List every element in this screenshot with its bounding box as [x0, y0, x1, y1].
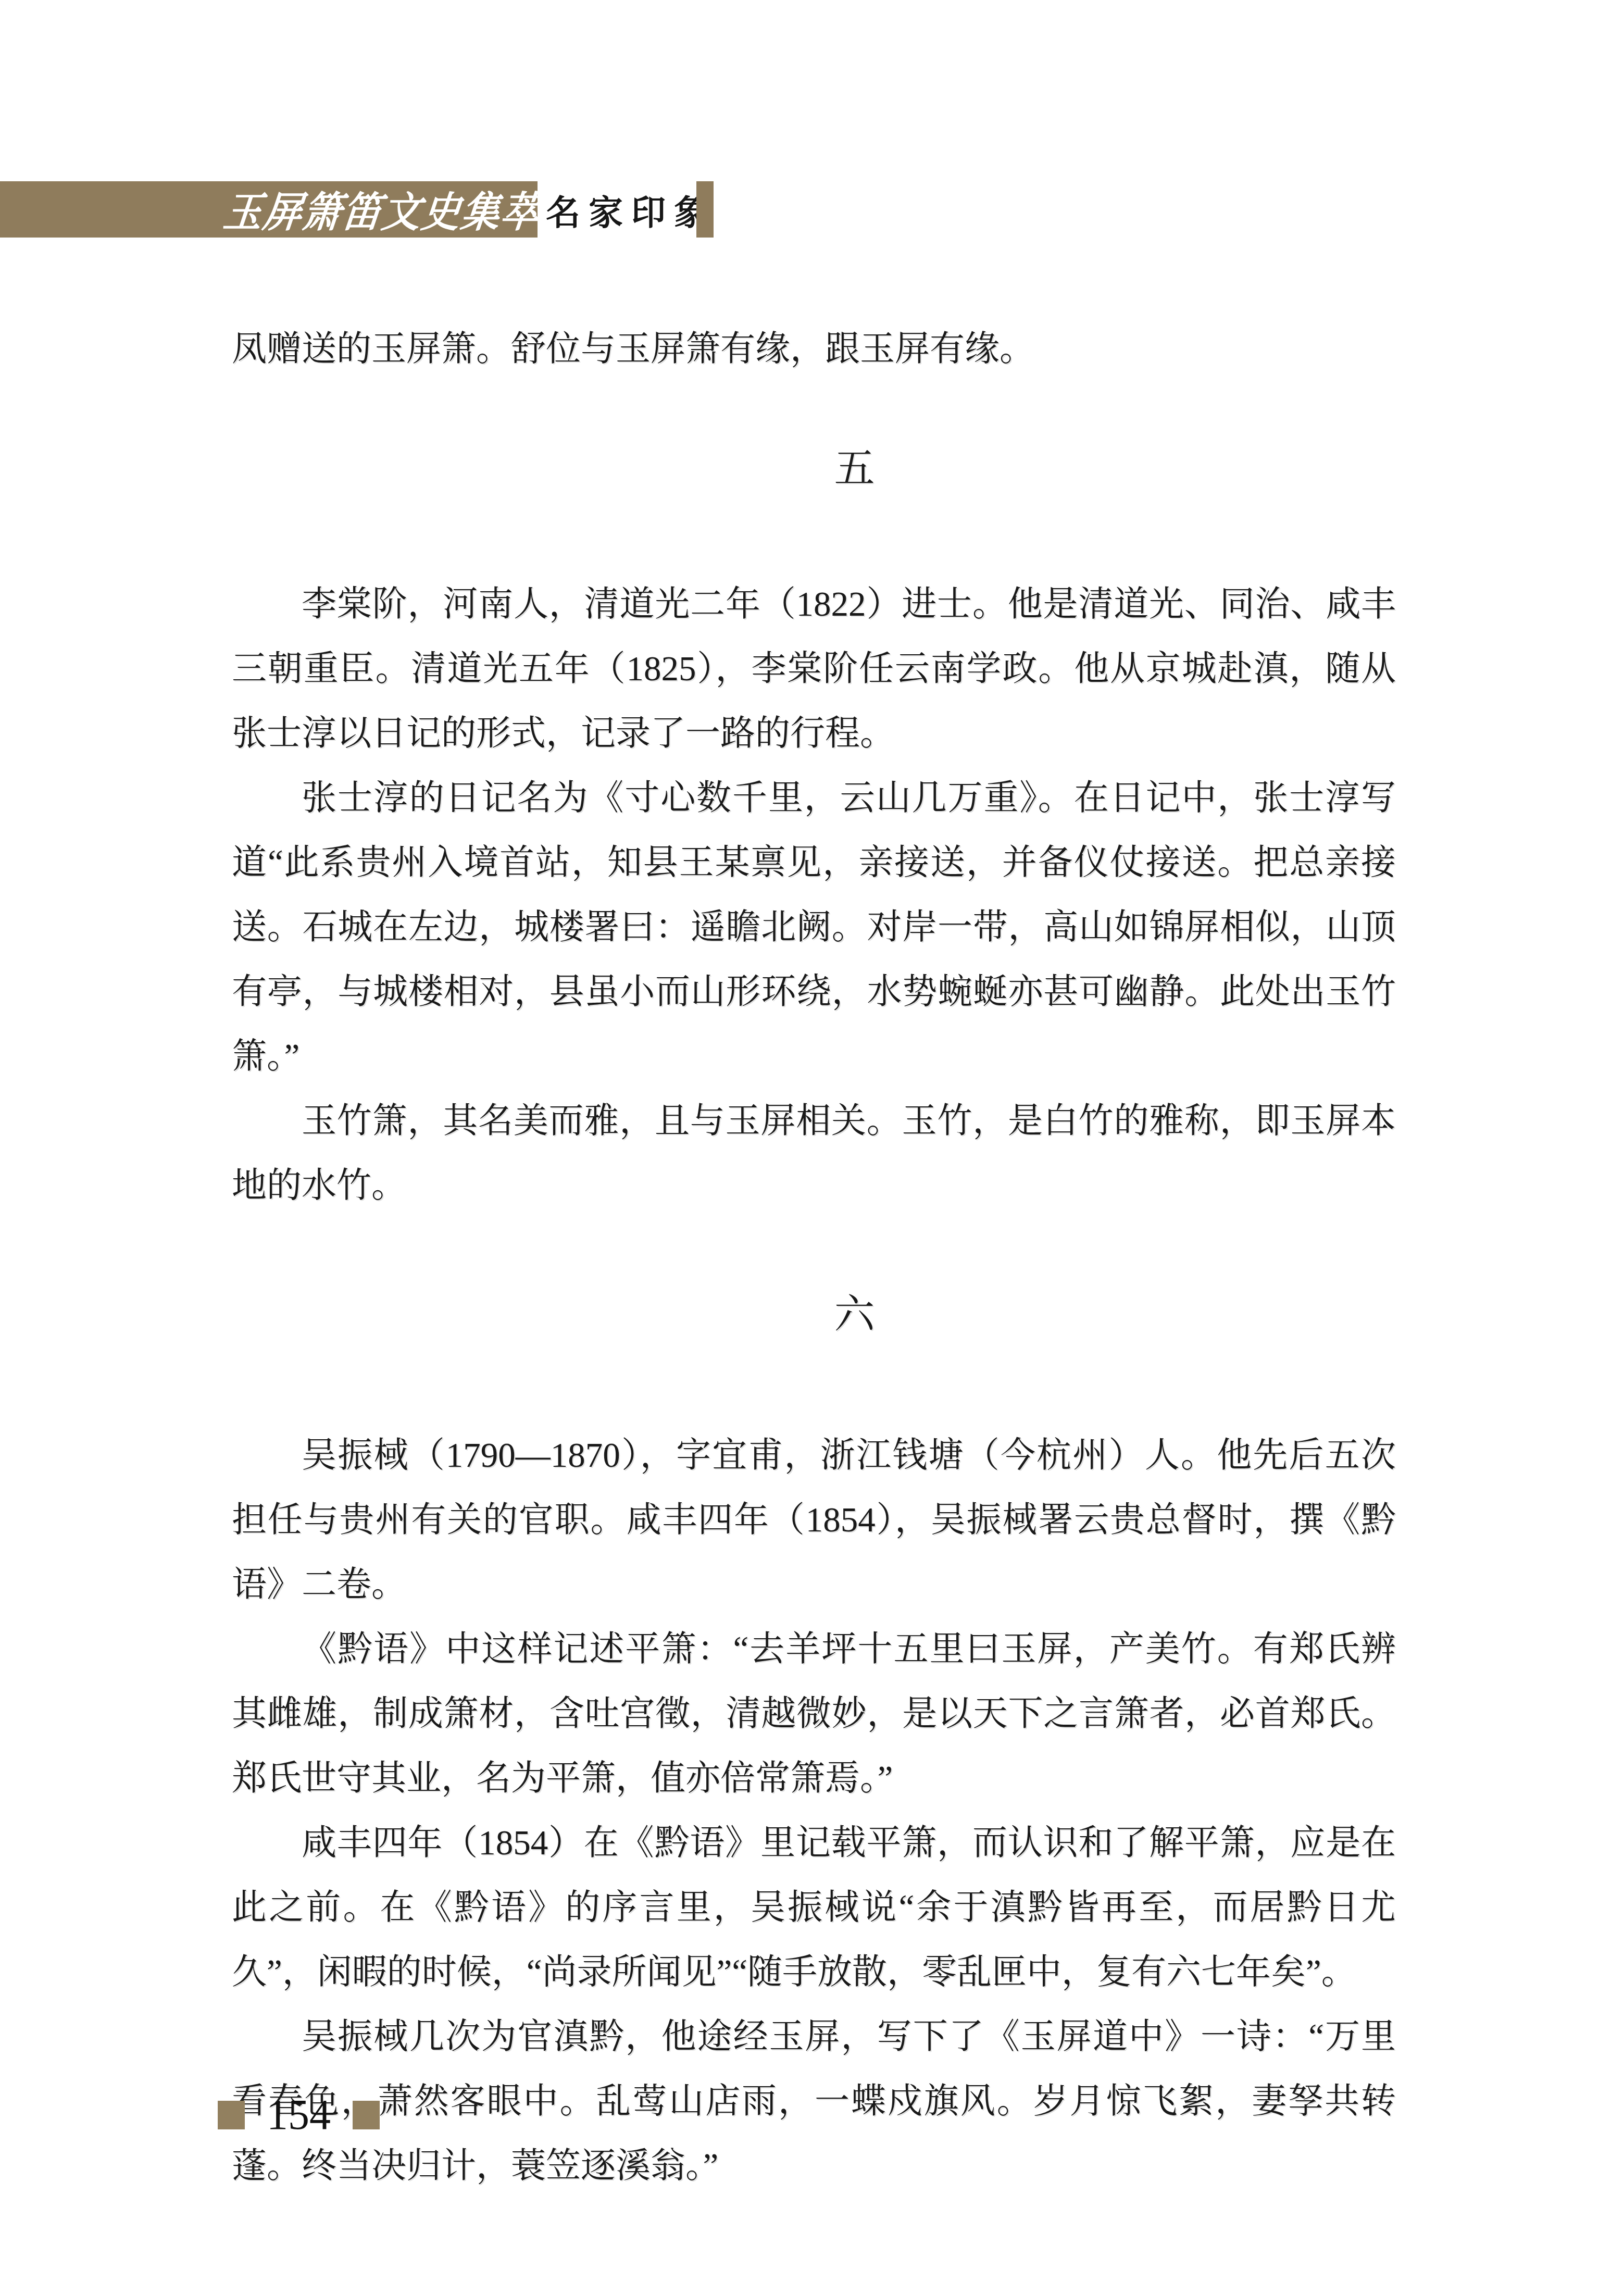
footer-left-square	[218, 2101, 245, 2129]
paragraph-li-tangjie: 李棠阶，河南人，清道光二年（1822）进士。他是清道光、同治、咸丰三朝重臣。清道…	[232, 572, 1396, 766]
paragraph-wu-zhenyu-intro: 吴振棫（1790—1870），字宜甫，浙江钱塘（今杭州）人。他先后五次担任与贵州…	[232, 1423, 1396, 1617]
masthead-calligraphy-title: 玉屏箫笛文史集萃	[221, 179, 544, 240]
section-heading-five: 五	[232, 437, 1396, 501]
paragraph-qianyu-preface: 咸丰四年（1854）在《黔语》里记载平箫，而认识和了解平箫，应是在此之前。在《黔…	[232, 1811, 1396, 2004]
paragraph-yuping-daozhong-poem: 吴振棫几次为官滇黔，他途经玉屏，写下了《玉屏道中》一诗：“万里看春色，萧然客眼中…	[232, 2004, 1396, 2198]
chapter-section-label: 名家印象	[546, 181, 717, 238]
paragraph-qianyu-quote: 《黔语》中这样记述平箫：“去羊坪十五里曰玉屏，产美竹。有郑氏辨其雌雄，制成箫材，…	[232, 1617, 1396, 1811]
paragraph-yuzhuxiao: 玉竹箫，其名美而雅，且与玉屏相关。玉竹，是白竹的雅称，即玉屏本地的水竹。	[232, 1089, 1396, 1218]
page-footer: 154	[218, 2099, 380, 2130]
section-heading-six: 六	[232, 1282, 1396, 1347]
masthead-band: 玉屏箫笛文史集萃	[0, 181, 538, 238]
book-page: 玉屏箫笛文史集萃 名家印象 凤赠送的玉屏箫。舒位与玉屏箫有缘，跟玉屏有缘。 五 …	[0, 0, 1624, 2269]
band-end-accent-block	[696, 181, 714, 238]
continuation-paragraph: 凤赠送的玉屏箫。舒位与玉屏箫有缘，跟玉屏有缘。	[232, 317, 1396, 381]
footer-right-square	[353, 2101, 380, 2129]
paragraph-zhang-shichun-diary: 张士淳的日记名为《寸心数千里，云山几万重》。在日记中，张士淳写道“此系贵州入境首…	[232, 766, 1396, 1089]
page-number: 154	[267, 2099, 331, 2130]
body-text-block: 凤赠送的玉屏箫。舒位与玉屏箫有缘，跟玉屏有缘。 五 李棠阶，河南人，清道光二年（…	[232, 317, 1396, 2198]
